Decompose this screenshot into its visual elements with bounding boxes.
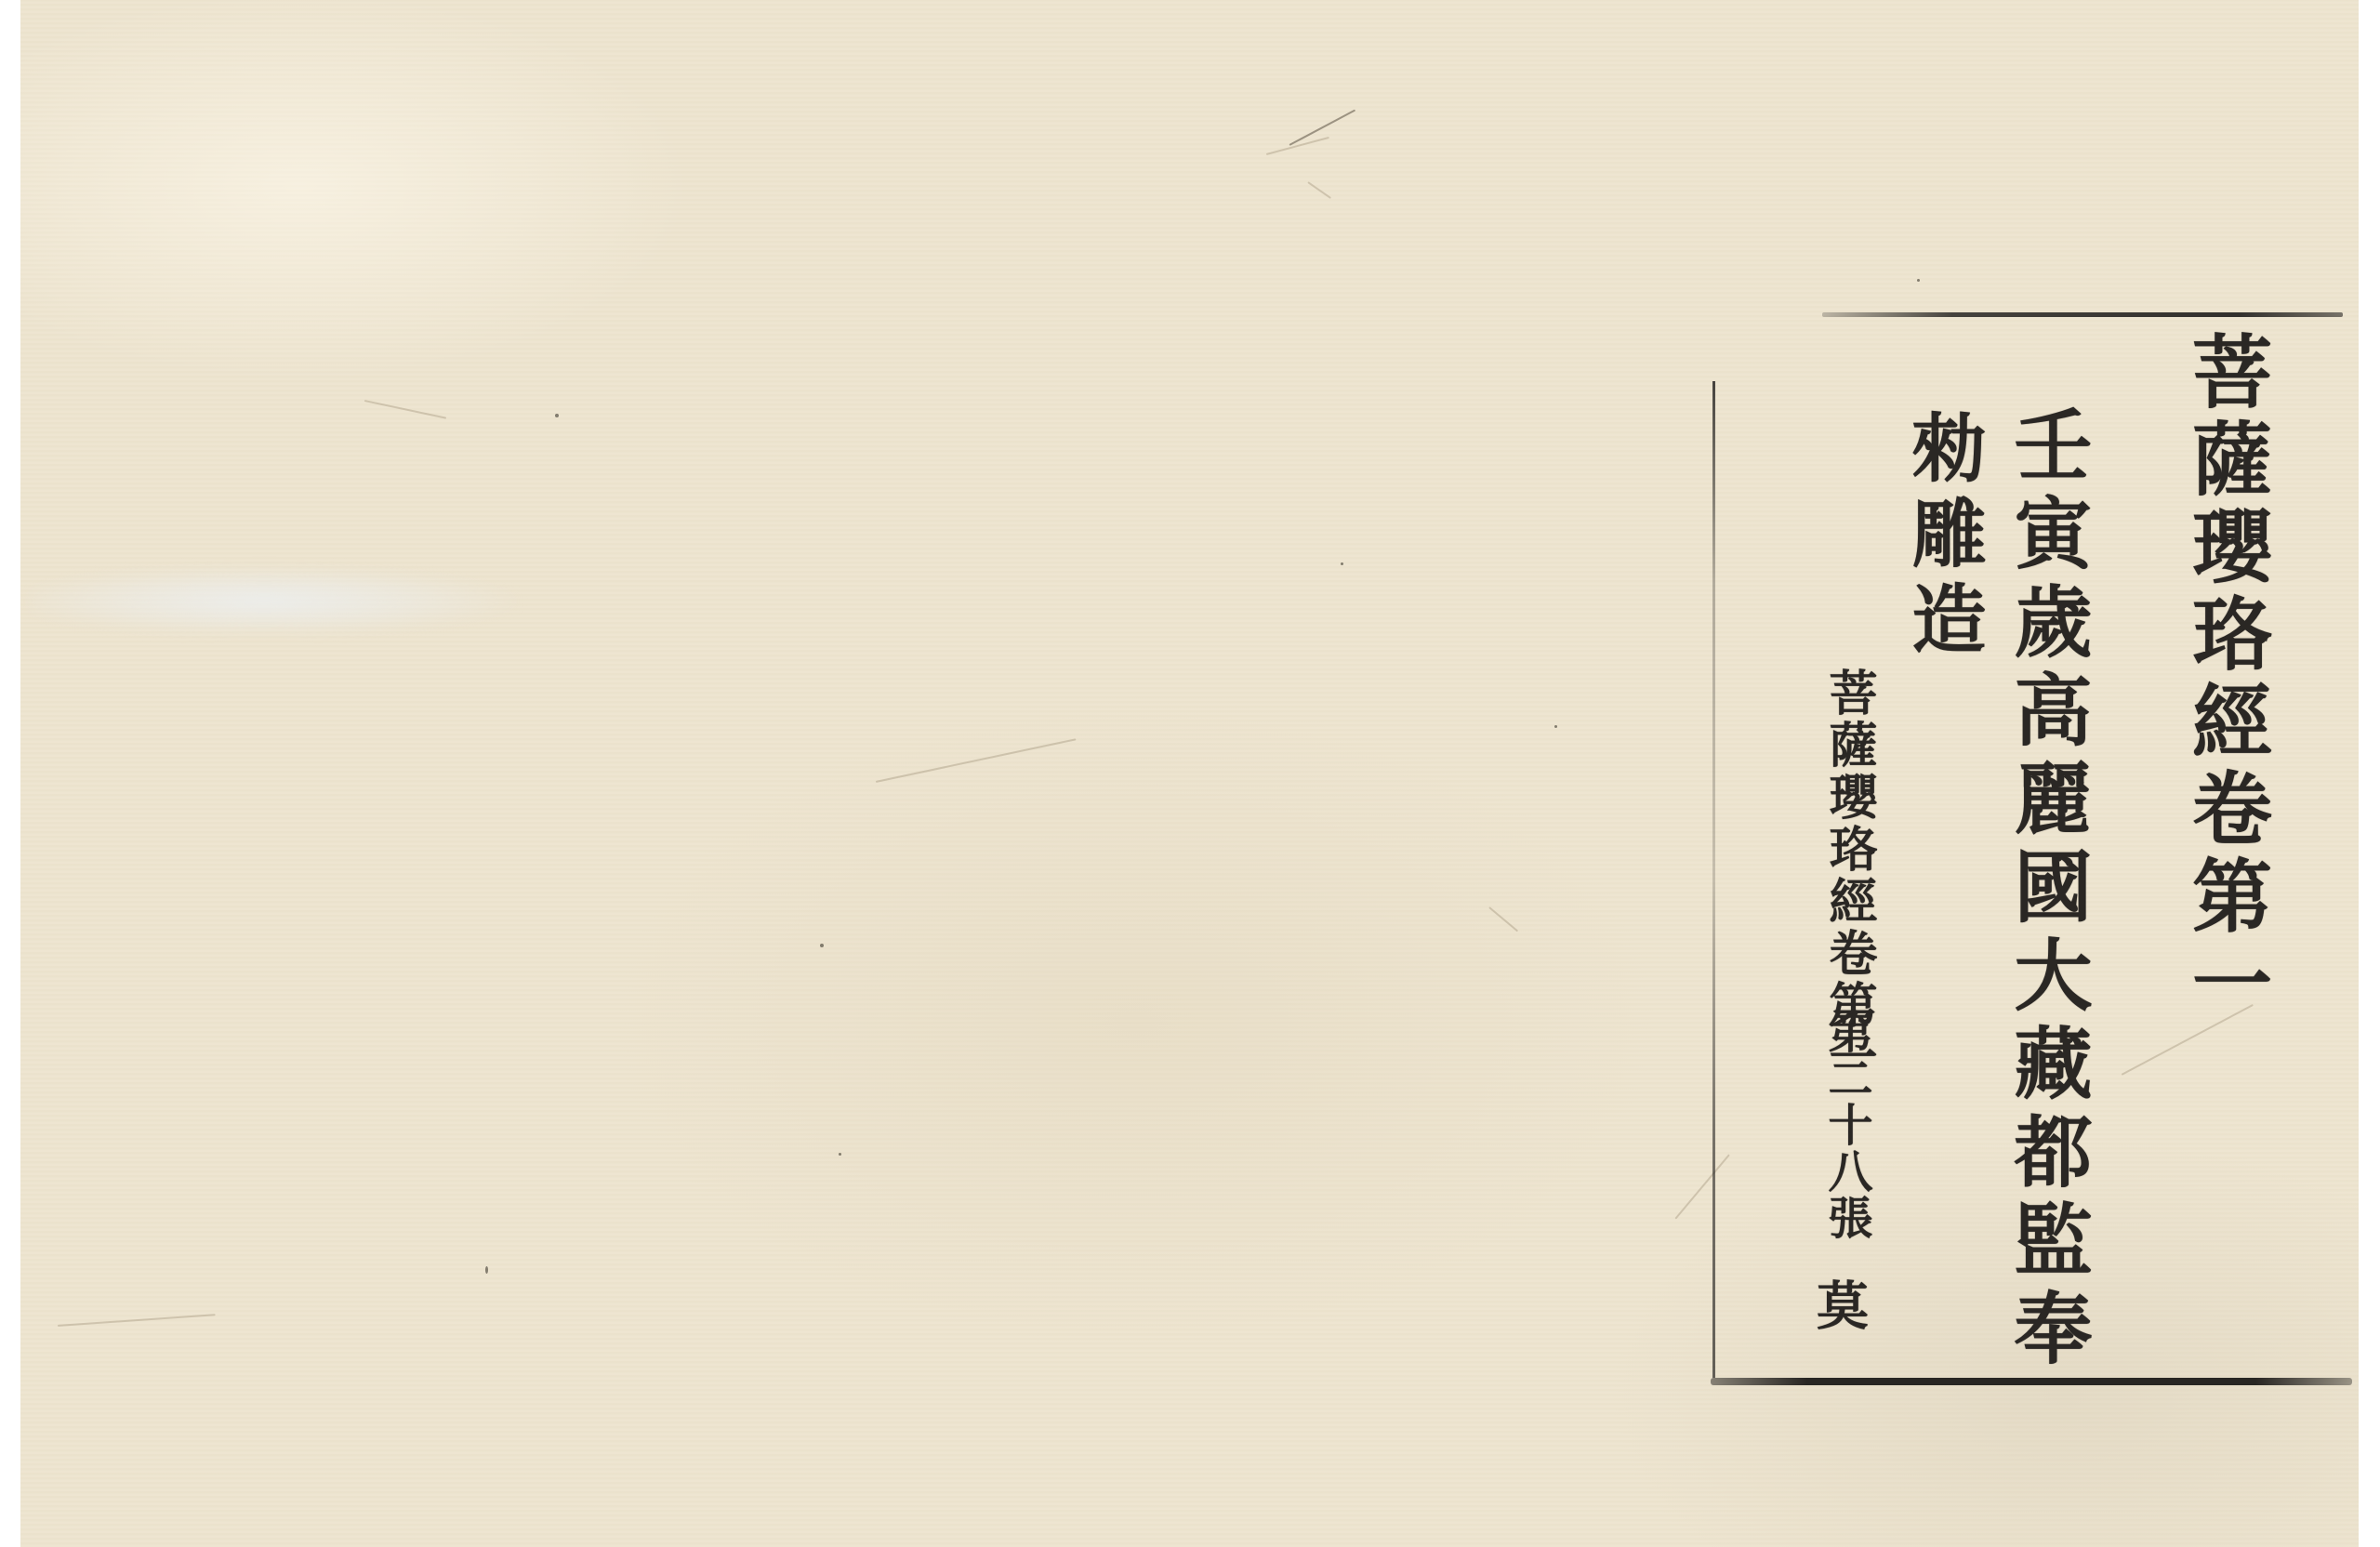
paper-fiber [58,1314,216,1326]
paper-speck [485,1266,488,1274]
colophon-column: 壬寅歲高麗國大藏都監奉 [2008,404,2086,1376]
paper-pale-patch [30,562,550,632]
imperial-order-column: 勑雕造 [1906,409,1980,666]
frame-left-border [1712,381,1715,1378]
paper-speck [1341,562,1343,565]
sutra-title-column: 菩薩瓔珞經卷第一 [2185,330,2265,1029]
paper-fiber [364,400,446,418]
paper-fiber [1308,181,1331,198]
paper-speck [555,414,559,417]
paper-speck [1917,279,1920,282]
paper-speck [820,944,824,947]
frame-top-border [1822,312,2343,317]
case-mark: 莫 [1813,1278,1865,1330]
paper-fiber [1674,1154,1729,1219]
paper-fiber [1289,110,1356,146]
frame-bottom-border [1711,1378,2352,1385]
sheet-number: 第二十八張 [1824,1009,1869,1241]
paper-speck [1554,725,1557,728]
paper-fiber [876,738,1077,782]
paper-fiber [1489,906,1519,932]
paper-speck [839,1153,841,1156]
